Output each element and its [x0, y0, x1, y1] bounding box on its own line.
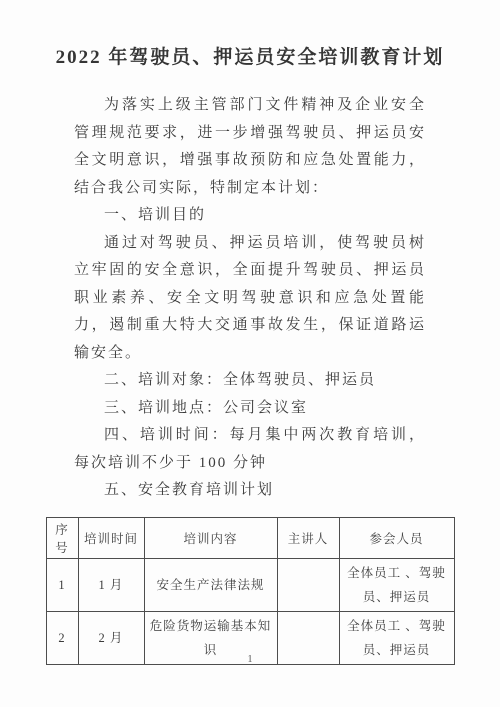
column-header-training-time: 培训时间: [78, 517, 144, 558]
cell-attendees: 全体员工 、驾驶员、押运员: [339, 558, 454, 611]
heading-training-purpose: 一、培训目的: [74, 202, 426, 230]
cell-index: 1: [46, 558, 78, 611]
document-body: 为落实上级主管部门文件精神及企业安全管理规范要求，进一步增强驾驶员、押运员安全文…: [74, 92, 426, 505]
column-header-speaker: 主讲人: [277, 517, 339, 558]
table-row: 1 1 月 安全生产法律法规 全体员工 、驾驶员、押运员: [46, 558, 454, 611]
column-header-training-content: 培训内容: [144, 517, 277, 558]
table-header-row: 序号 培训时间 培训内容 主讲人 参会人员: [46, 517, 454, 558]
heading-training-location: 三、培训地点：公司会议室: [74, 395, 426, 423]
heading-training-time: 四、培训时间：每月集中两次教育培训，每次培训不少于 100 分钟: [74, 422, 426, 477]
document-title: 2022 年驾驶员、押运员安全培训教育计划: [0, 0, 500, 69]
column-header-index: 序号: [46, 517, 78, 558]
page-number: 1: [0, 654, 500, 665]
paragraph-intro: 为落实上级主管部门文件精神及企业安全管理规范要求，进一步增强驾驶员、押运员安全文…: [74, 92, 426, 202]
cell-training-content: 安全生产法律法规: [144, 558, 277, 611]
document-page: 2022 年驾驶员、押运员安全培训教育计划 为落实上级主管部门文件精神及企业安全…: [0, 0, 500, 707]
cell-training-time: 1 月: [78, 558, 144, 611]
column-header-attendees: 参会人员: [339, 517, 454, 558]
paragraph-training-purpose: 通过对驾驶员、押运员培训，使驾驶员树立牢固的安全意识，全面提升驾驶员、押运员职业…: [74, 230, 426, 368]
heading-training-target: 二、培训对象：全体驾驶员、押运员: [74, 367, 426, 395]
training-plan-table: 序号 培训时间 培训内容 主讲人 参会人员 1 1 月 安全生产法律法规 全体员…: [46, 517, 455, 665]
cell-speaker: [277, 558, 339, 611]
heading-training-plan: 五、安全教育培训计划: [74, 477, 426, 505]
